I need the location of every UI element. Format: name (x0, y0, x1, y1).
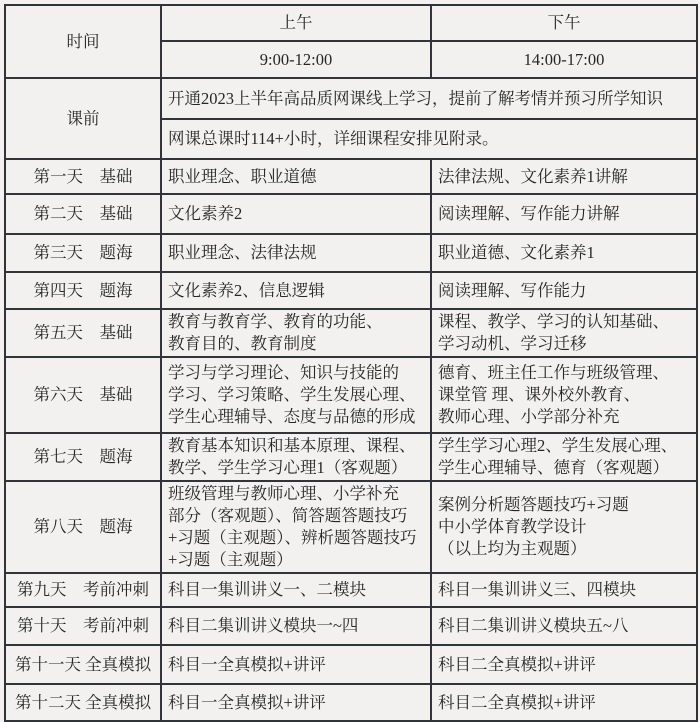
morning-cell: 教育基本知识和基本原理、课程、 教学、学生学习心理1（客观题） (161, 433, 431, 481)
afternoon-cell: 案例分析题答题技巧+习题 中小学体育教学设计 （以上均为主观题） (431, 481, 697, 573)
precourse-line1: 开通2023上半年高品质网课线上学习，提前了解考情并预习所学知识 (161, 78, 697, 119)
course-schedule-table: 时间 上午 下午 9:00-12:00 14:00-17:00 课前 开通202… (4, 4, 698, 722)
afternoon-cell: 课程、教学、学习的认知基础、 学习动机、学习迁移 (431, 309, 697, 357)
table-row-day7: 第七天 题海 教育基本知识和基本原理、课程、 教学、学生学习心理1（客观题） 学… (5, 433, 697, 481)
day-label: 第九天 考前冲刺 (5, 573, 161, 607)
afternoon-cell: 科目二全真模拟+讲评 (431, 645, 697, 684)
morning-cell: 科目一全真模拟+讲评 (161, 645, 431, 684)
morning-cell: 教育与教育学、教育的功能、 教育目的、教育制度 (161, 309, 431, 357)
morning-cell: 学习与学习理论、知识与技能的 学习、学习策略、学生发展心理、 学生心理辅导、态度… (161, 357, 431, 433)
morning-cell: 文化素养2 (161, 194, 431, 234)
day-label: 第五天 基础 (5, 309, 161, 357)
morning-cell: 职业理念、职业道德 (161, 159, 431, 194)
precourse-label: 课前 (5, 78, 161, 159)
schedule-page: 时间 上午 下午 9:00-12:00 14:00-17:00 课前 开通202… (0, 0, 700, 719)
day-label: 第十天 考前冲刺 (5, 607, 161, 645)
header-afternoon-time: 14:00-17:00 (431, 41, 697, 78)
afternoon-cell: 职业道德、文化素养1 (431, 234, 697, 272)
afternoon-cell: 法律法规、文化素养1讲解 (431, 159, 697, 194)
day-label: 第八天 题海 (5, 481, 161, 573)
table-row-day4: 第四天 题海 文化素养2、信息逻辑 阅读理解、写作能力 (5, 272, 697, 309)
day-label: 第七天 题海 (5, 433, 161, 481)
day-label: 第十一天 全真模拟 (5, 645, 161, 684)
header-morning-time: 9:00-12:00 (161, 41, 431, 78)
table-row-day1: 第一天 基础 职业理念、职业道德 法律法规、文化素养1讲解 (5, 159, 697, 194)
table-row-day9: 第九天 考前冲刺 科目一集训讲义一、二模块 科目一集训讲义三、四模块 (5, 573, 697, 607)
header-morning: 上午 (161, 5, 431, 41)
header-row-1: 时间 上午 下午 (5, 5, 697, 41)
afternoon-cell: 科目一集训讲义三、四模块 (431, 573, 697, 607)
precourse-line2: 网课总课时114+小时，详细课程安排见附录。 (161, 119, 697, 159)
morning-cell: 职业理念、法律法规 (161, 234, 431, 272)
afternoon-cell: 科目二集训讲义模块五~八 (431, 607, 697, 645)
day-label: 第六天 基础 (5, 357, 161, 433)
afternoon-cell: 德育、班主任工作与班级管理、 课堂管 理、课外校外教育、 教师心理、小学部分补充 (431, 357, 697, 433)
afternoon-cell: 阅读理解、写作能力讲解 (431, 194, 697, 234)
day-label: 第二天 基础 (5, 194, 161, 234)
afternoon-cell: 科目二全真模拟+讲评 (431, 684, 697, 721)
day-label: 第四天 题海 (5, 272, 161, 309)
table-row-day10: 第十天 考前冲刺 科目二集训讲义模块一~四 科目二集训讲义模块五~八 (5, 607, 697, 645)
day-label: 第三天 题海 (5, 234, 161, 272)
table-row-day5: 第五天 基础 教育与教育学、教育的功能、 教育目的、教育制度 课程、教学、学习的… (5, 309, 697, 357)
header-afternoon: 下午 (431, 5, 697, 41)
morning-cell: 班级管理与教师心理、小学补充 部分（客观题）、简答题答题技巧 +习题（主观题）、… (161, 481, 431, 573)
afternoon-cell: 学生学习心理2、学生发展心理、 学生心理辅导、德育（客观题） (431, 433, 697, 481)
header-time-label: 时间 (5, 5, 161, 78)
morning-cell: 科目二集训讲义模块一~四 (161, 607, 431, 645)
table-row-day8: 第八天 题海 班级管理与教师心理、小学补充 部分（客观题）、简答题答题技巧 +习… (5, 481, 697, 573)
morning-cell: 文化素养2、信息逻辑 (161, 272, 431, 309)
table-row-day6: 第六天 基础 学习与学习理论、知识与技能的 学习、学习策略、学生发展心理、 学生… (5, 357, 697, 433)
morning-cell: 科目一集训讲义一、二模块 (161, 573, 431, 607)
day-label: 第一天 基础 (5, 159, 161, 194)
table-row-day2: 第二天 基础 文化素养2 阅读理解、写作能力讲解 (5, 194, 697, 234)
day-label: 第十二天 全真模拟 (5, 684, 161, 721)
table-row-day11: 第十一天 全真模拟 科目一全真模拟+讲评 科目二全真模拟+讲评 (5, 645, 697, 684)
table-row-day12: 第十二天 全真模拟 科目一全真模拟+讲评 科目二全真模拟+讲评 (5, 684, 697, 721)
afternoon-cell: 阅读理解、写作能力 (431, 272, 697, 309)
table-row-day3: 第三天 题海 职业理念、法律法规 职业道德、文化素养1 (5, 234, 697, 272)
precourse-row-1: 课前 开通2023上半年高品质网课线上学习，提前了解考情并预习所学知识 (5, 78, 697, 119)
morning-cell: 科目一全真模拟+讲评 (161, 684, 431, 721)
